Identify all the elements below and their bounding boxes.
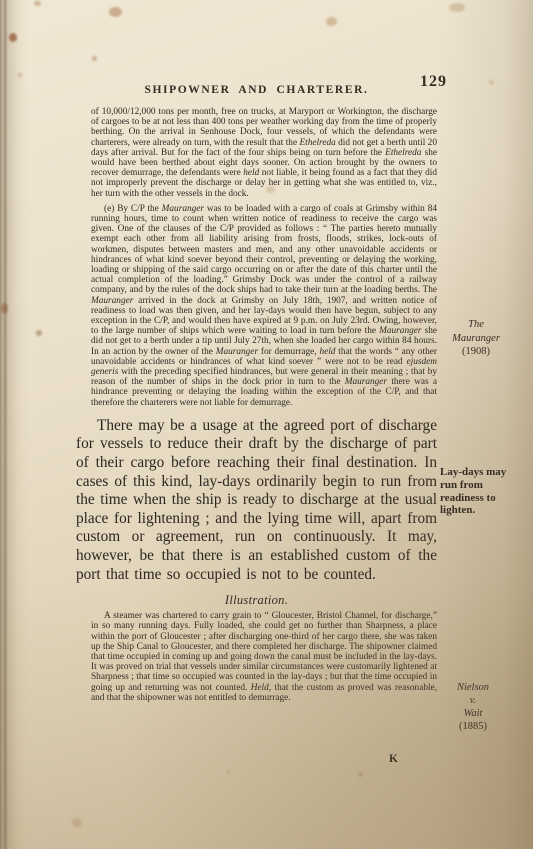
paper-stain (226, 770, 231, 774)
running-header: SHIPOWNER AND CHARTERER. (76, 80, 437, 98)
paper-stain (109, 7, 122, 17)
paper-stain (18, 73, 22, 77)
illustration-heading: Illustration. (76, 593, 437, 608)
paper-stain (72, 818, 82, 827)
book-page: SHIPOWNER AND CHARTERER. 129 of 10,000/1… (0, 0, 533, 849)
paragraph-clause-e: (e) By C/P the Mauranger was to be loade… (91, 204, 437, 408)
paper-stain (358, 772, 363, 777)
paper-stain (36, 330, 42, 336)
paragraph-continuation: of 10,000/12,000 tons per month, free on… (91, 107, 437, 199)
margin-note-line: Mauranger (436, 332, 516, 346)
paper-stain (449, 3, 465, 12)
paper-stain (1, 303, 8, 314)
running-header-title: SHIPOWNER AND CHARTERER. (145, 84, 369, 96)
paper-stain (9, 33, 17, 42)
margin-note-line: (1908) (436, 345, 516, 359)
margin-note-line: Nielson (433, 681, 513, 694)
margin-note-nielson: Nielson v. Wait (1885) (433, 681, 513, 733)
paper-stain (326, 17, 337, 26)
binding-edge (0, 0, 28, 849)
margin-note-mauranger: The Mauranger (1908) (436, 318, 516, 359)
margin-note-line: Wait (433, 707, 513, 720)
margin-note-line: v. (433, 694, 513, 707)
paragraph-illustration: A steamer was chartered to carry grain t… (91, 611, 437, 703)
page-number: 129 (420, 73, 447, 91)
margin-note-laydays: Lay-days may run from readiness to light… (440, 466, 526, 517)
margin-note-line: The (436, 318, 516, 332)
margin-note-line: (1885) (433, 720, 513, 733)
paper-stain (92, 56, 97, 61)
text-column: of 10,000/12,000 tons per month, free on… (76, 107, 437, 703)
signature-mark: K (389, 753, 398, 765)
paper-stain (489, 80, 494, 85)
paragraph-main: There may be a usage at the agreed port … (76, 417, 437, 584)
paper-stain (34, 1, 41, 6)
